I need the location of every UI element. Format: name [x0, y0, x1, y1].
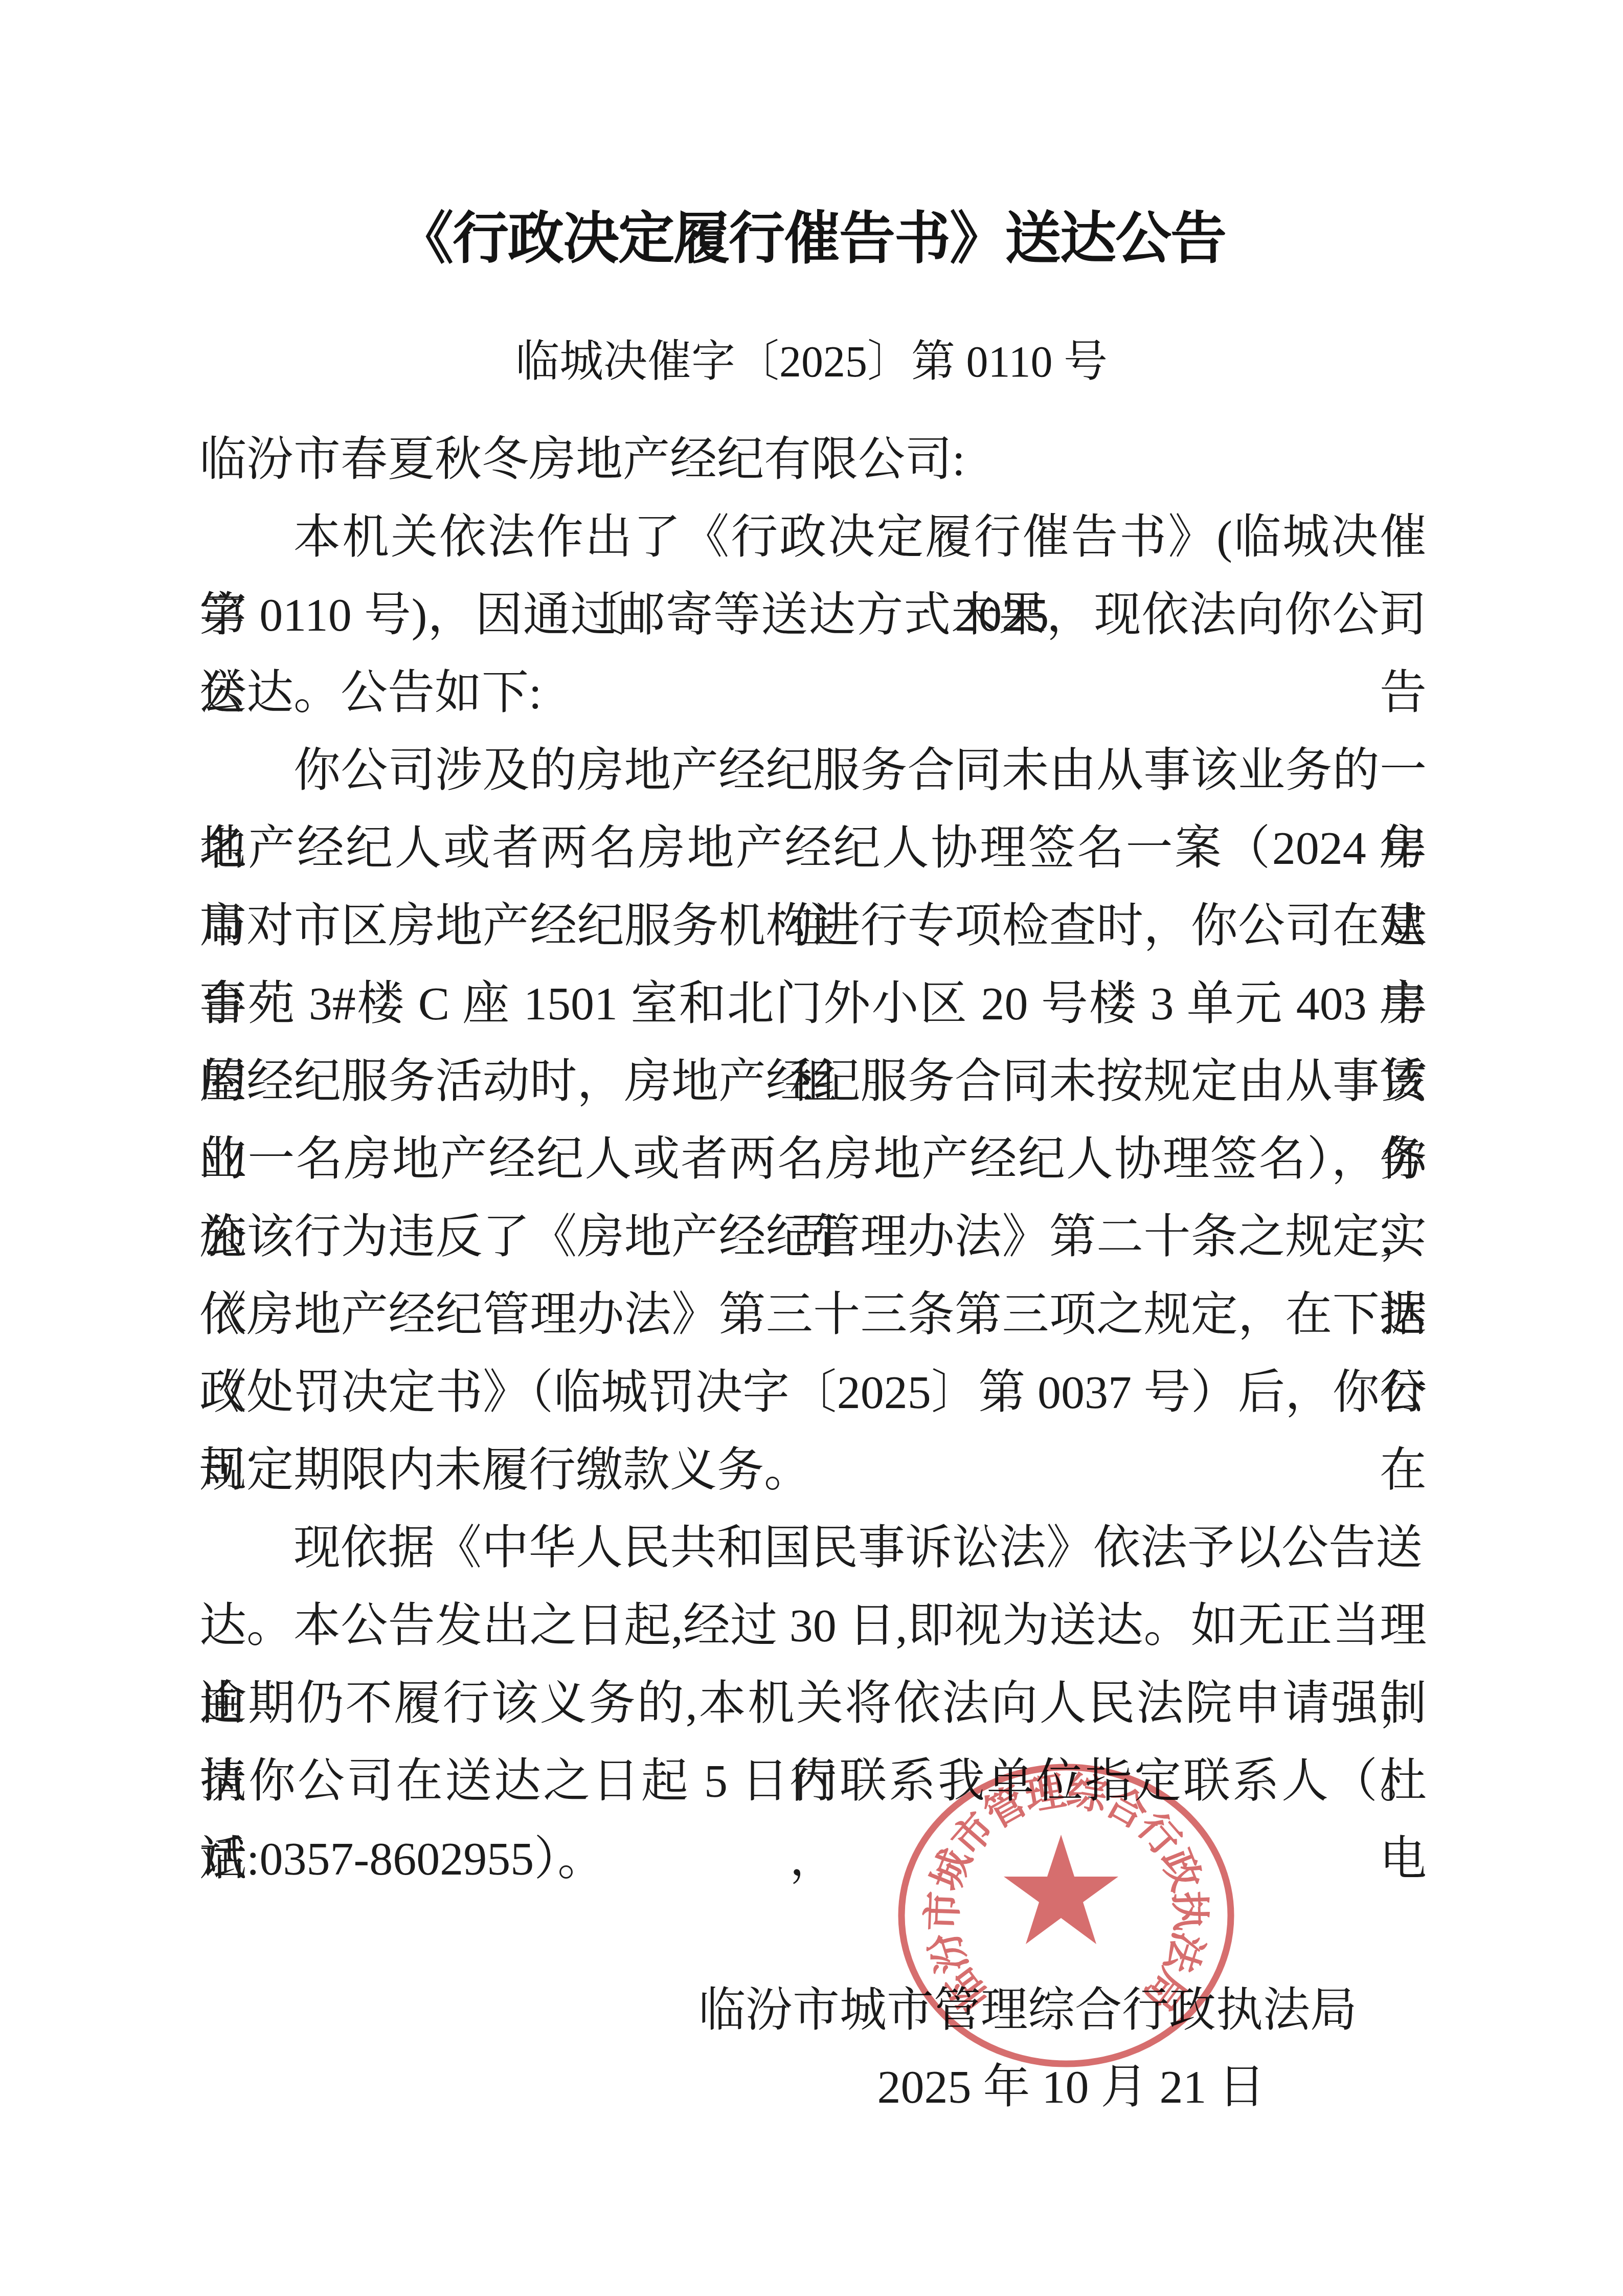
body-line: 政处罚决定书》（临城罚决字〔2025〕第 0037 号）后，你公司在 [199, 1353, 1427, 1431]
page-title: 《行政决定履行催告书》送达公告 [0, 0, 1623, 281]
body-line: 《房地产经纪管理办法》第三十三条第三项之规定，在下达《行 [199, 1276, 1427, 1353]
salutation-line: 临汾市春夏秋冬房地产经纪有限公司: [199, 420, 1427, 498]
signature-agency: 临汾市城市管理综合行政执法局 [698, 1972, 1357, 2048]
body-line: 本公告发出之日起,经过 30 日,即视为送达。如无正当理由， [199, 1587, 1427, 1664]
announcement-page: 《行政决定履行催告书》送达公告 临城决催字〔2025〕第 0110 号 临汾市春… [0, 0, 1623, 2296]
body-line: 你公司涉及的房地产经纪服务合同未由从事该业务的一名房 [199, 731, 1427, 809]
body-line: 的经纪服务活动时，房地产经纪服务合同未按规定由从事该业务 [199, 1042, 1427, 1120]
body-line: 台苑 3#楼 C 座 1501 室和北门外小区 20 号楼 3 单元 403 房… [199, 965, 1427, 1042]
document-number: 临城决催字〔2025〕第 0110 号 [0, 328, 1623, 395]
signature-date: 2025 年 10 月 21 日 [698, 2048, 1357, 2125]
seal-arc-char: 汾 [921, 1927, 975, 1978]
body-line: 逾期仍不履行该义务的,本机关将依法向人民法院申请强制执行。 [199, 1664, 1427, 1742]
document-body: 临汾市春夏秋冬房地产经纪有限公司: 本机关依法作出了《行政决定履行催告书》(临城… [199, 420, 1427, 1898]
body-line: 的一名房地产经纪人或者两名房地产经纪人协理签名），你公司实 [199, 1120, 1427, 1198]
seal-arc-char: 法 [1157, 1927, 1211, 1978]
body-line: 第 0110 号)，因通过邮寄等送达方式未果，现依法向你公司公告 [199, 576, 1427, 654]
signature-block: 临汾市城市管理综合行政执法局 2025 年 10 月 21 日 [698, 1972, 1357, 2125]
body-line: 局对市区房地产经纪服务机构进行专项检查时，你公司在从事丰 [199, 887, 1427, 965]
body-line: 地产经纪人或者两名房地产经纪人协理签名一案（2024 年市住建 [199, 809, 1427, 887]
body-line: 请你公司在送达之日起 5 日内联系我单位指定联系人（杜斌，电 [199, 1742, 1427, 1820]
body-line: 本机关依法作出了《行政决定履行催告书》(临城决催字〔2025〕 [199, 498, 1427, 576]
body-line: 现依据《中华人民共和国民事诉讼法》依法予以公告送达。 [199, 1509, 1427, 1587]
body-line: 施该行为违反了《房地产经纪管理办法》第二十条之规定，依据 [199, 1198, 1427, 1276]
